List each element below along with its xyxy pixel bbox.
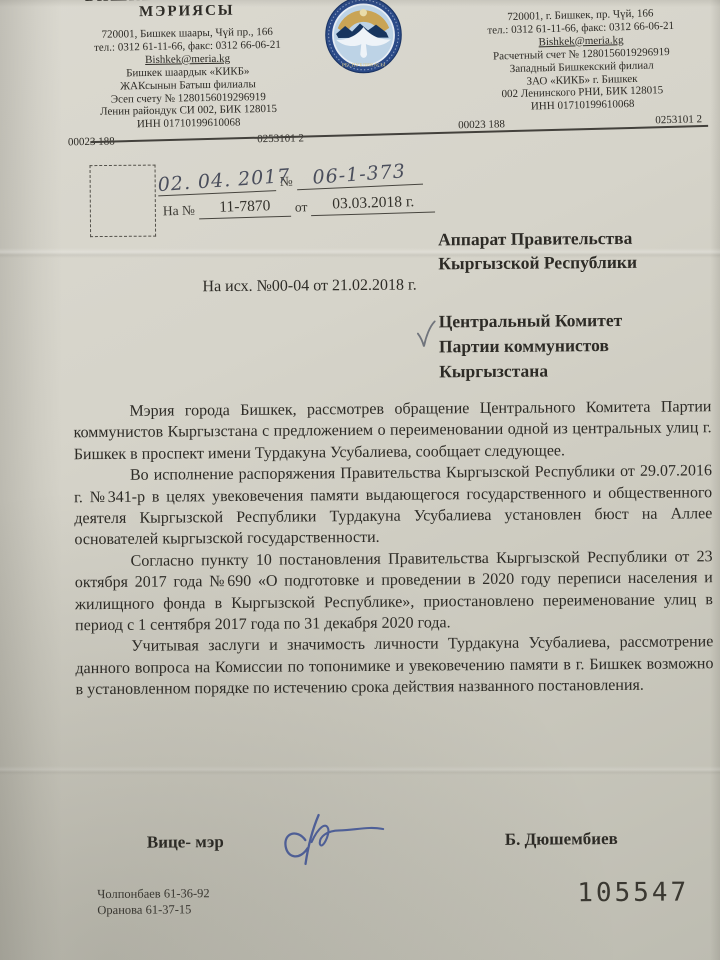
handwritten-date: 02. 04. 2017	[157, 165, 291, 196]
registration-stamp-number: 105547	[577, 877, 689, 908]
addressee-communist-party: Центральный Комитет Партии коммунистов К…	[439, 308, 623, 384]
handwritten-number: 06-1-373	[312, 160, 407, 189]
body-paragraph: Мэрия города Бишкек, рассмотрев обращени…	[73, 396, 711, 465]
checkmark-ink	[415, 319, 437, 349]
header-left-block: БИШКЕК ШААРЫНЫН МЭРИЯСЫ 720001, Бишкек ш…	[61, 0, 314, 149]
addressee-line: Партии коммунистов	[439, 333, 623, 359]
outgoing-ref-citation: На исх. №00-04 от 21.02.2018 г.	[202, 277, 416, 297]
letter-body: Мэрия города Бишкек, рассмотрев обращени…	[73, 396, 713, 701]
scanned-letter-page: БИШКЕК ШААРЫНЫН МЭРИЯСЫ 720001, Бишкек ш…	[0, 0, 720, 960]
okonh-code: 0253101 2	[257, 133, 304, 146]
header-right-block: 720001, г. Бишкек, пр. Чүй, 166 тел.: 03…	[451, 6, 712, 132]
executor-contact: Чолпонбаев 61-36-92	[97, 885, 210, 902]
outgoing-number-blank: 06-1-373	[296, 161, 423, 191]
incoming-number-blank: 11-7870	[199, 197, 292, 220]
executor-contacts: Чолпонбаев 61-36-92 Оранова 61-37-15	[97, 885, 210, 918]
emblem-bottom-text: РЕСПУБЛИКАСЫ	[342, 63, 386, 68]
signer-title: Вице- мэр	[147, 832, 224, 853]
body-paragraph: Во исполнение распоряжения Правительства…	[74, 460, 713, 551]
addressee-government-apparatus: Аппарат Правительства Кыргызской Республ…	[438, 226, 637, 276]
signer-name: Б. Дюшембиев	[505, 829, 618, 850]
executor-contact: Оранова 61-37-15	[97, 901, 210, 918]
ot-label: от	[295, 199, 308, 214]
letter-sheet: БИШКЕК ШААРЫНЫН МЭРИЯСЫ 720001, Бишкек ш…	[0, 0, 720, 960]
emblem-svg: РЕСПУБЛИКАСЫ	[323, 0, 404, 75]
incoming-date: 03.03.2018 г.	[332, 193, 415, 212]
addressee-line: Центральный Комитет	[439, 308, 623, 334]
body-paragraph: Учитывая заслуги и значимость личности Т…	[75, 632, 713, 701]
stamp-placeholder-box	[90, 165, 157, 238]
incoming-number: 11-7870	[219, 197, 271, 215]
body-paragraph: Согласно пункту 10 постановления Правите…	[75, 546, 714, 637]
incoming-date-blank: 03.03.2018 г.	[311, 193, 436, 217]
addressee-line: Кыргызской Республики	[438, 250, 637, 276]
incoming-reference-row: На № 11-7870 от 03.03.2018 г.	[163, 193, 436, 221]
addressee-line: Кыргызстана	[439, 358, 623, 384]
signature-ink	[265, 798, 401, 877]
addressee-line: Аппарат Правительства	[438, 226, 637, 252]
kyrgyz-state-emblem-icon: РЕСПУБЛИКАСЫ	[323, 0, 404, 75]
outgoing-reference-row: 02. 04. 2017 № 06-1-373	[157, 161, 423, 197]
outgoing-date-blank: 02. 04. 2017	[157, 167, 276, 196]
na-no-label: На №	[163, 202, 195, 218]
